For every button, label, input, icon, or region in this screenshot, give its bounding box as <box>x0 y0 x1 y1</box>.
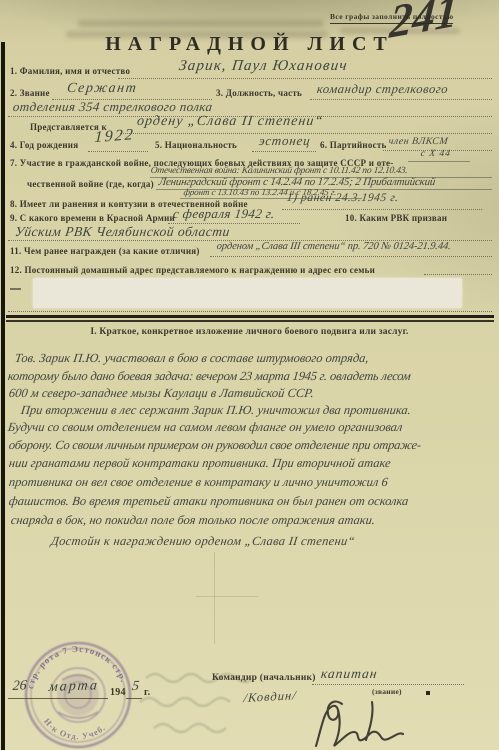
date-year-printed: 194 <box>110 687 126 698</box>
field-5-label: 5. Национальность <box>155 140 237 150</box>
commander-label: Командир (начальник) <box>212 673 316 683</box>
date-underline <box>8 698 108 699</box>
field-4-label: 4. Год рождения <box>10 140 78 150</box>
citation-line: оборону. Со своим личным примером он рук… <box>8 438 422 453</box>
date-day: 26 <box>12 678 27 695</box>
date-month: марта <box>48 678 100 696</box>
field-12-label: 12. Постоянный домашный адрес представля… <box>10 265 375 275</box>
dotted-rule <box>312 684 464 685</box>
citation-line: противника он вел свое отделение в контр… <box>8 475 389 490</box>
scan-edge-strip <box>1 42 5 750</box>
field-5-value: эстонец <box>258 133 312 149</box>
field-4-value: 1922 <box>94 126 135 147</box>
field-7-value-line1: Отечественная война: Калининский фронт с… <box>150 166 408 176</box>
citation-line: нии гранатами первой контратаки противни… <box>8 456 392 471</box>
ink-underline <box>408 161 470 162</box>
field-11-value: орденом „Слава III степени“ пр. 720 № 01… <box>216 241 451 252</box>
section-divider-bottom <box>6 320 494 322</box>
award-sheet-document: Все графы заполнить полностью 241 НАГРАД… <box>0 0 499 750</box>
dotted-rule <box>8 311 492 312</box>
citation-line: При вторжении в лес сержант Зарик П.Ю. у… <box>20 403 412 418</box>
paper-crease <box>196 596 258 597</box>
field-8-value: 1) ранен 24.3.1945 г. <box>286 192 400 204</box>
ink-dot <box>426 691 430 695</box>
dotted-rule <box>118 78 492 79</box>
field-2-label: 2. Звание <box>10 88 50 98</box>
section-divider-top <box>6 315 494 318</box>
citation-line: Будучи со своим отделением на самом лево… <box>7 420 403 435</box>
commander-name: /Ковдин/ <box>243 688 297 706</box>
field-3-value-line2: отделения 354 стрелкового полка <box>12 99 213 115</box>
dotted-rule <box>210 256 492 257</box>
section-1-heading: I. Краткое, конкретное изложение личного… <box>0 327 499 337</box>
dotted-rule <box>282 209 482 210</box>
citation-line: фашистов. Во время третьей атаки противн… <box>8 494 409 509</box>
date-suffix: г. <box>144 687 150 698</box>
dotted-rule <box>252 151 316 152</box>
citation-line: снаряда в бок, но покидал поле боя тольк… <box>10 513 376 528</box>
citation-conclusion-line: Достойн к награждению орденом „Слава II … <box>50 534 356 549</box>
dotted-rule <box>88 151 148 152</box>
commander-signature <box>312 694 407 750</box>
dotted-rule <box>424 274 492 275</box>
field-6-label: 6. Партийность <box>320 140 387 150</box>
commander-rank-value: капитан <box>320 666 379 682</box>
redacted-address-box <box>33 278 462 308</box>
field-9-label: 9. С какого времени в Красной Армии <box>10 213 175 223</box>
field-11-label: 11. Чем ранее награжден (за какие отличи… <box>10 246 200 256</box>
paper-crease <box>214 552 215 644</box>
citation-line: 600 м северо-западнее мызы Каулаци в Лат… <box>8 386 315 401</box>
field-10-label: 10. Каким РВК призван <box>345 213 447 223</box>
bleedthrough-streak <box>78 20 323 27</box>
presented-to-value: ордену „Слава II степени“ <box>136 114 324 130</box>
field-3-value: командир стрелкового <box>316 82 449 97</box>
dotted-rule <box>310 99 492 100</box>
stray-pen-dash <box>10 288 21 290</box>
field-6-value: член ВЛКСМ <box>388 136 449 147</box>
citation-line: Тов. Зарик П.Ю. участвовал в бою в соста… <box>14 351 369 366</box>
field-1-value: Зарик, Паул Юханович <box>178 58 349 75</box>
field-7-label-line2: чественной войне (где, когда) <box>27 179 154 189</box>
document-title: НАГРАДНОЙ ЛИСТ <box>0 33 499 56</box>
field-6-value-line2: с X 44 <box>420 149 452 159</box>
field-10-value: Уйским РВК Челябинской области <box>14 224 231 240</box>
date-underline <box>126 698 142 699</box>
field-1-label: 1. Фамилия, имя и отчество <box>10 66 130 76</box>
field-2-value: Сержант <box>66 81 138 97</box>
field-9-value: с февраля 1942 г. <box>172 206 276 222</box>
field-3-label: 3. Должность, часть <box>216 88 302 98</box>
citation-line: которому было дано боевая задача: вечеро… <box>7 369 412 384</box>
